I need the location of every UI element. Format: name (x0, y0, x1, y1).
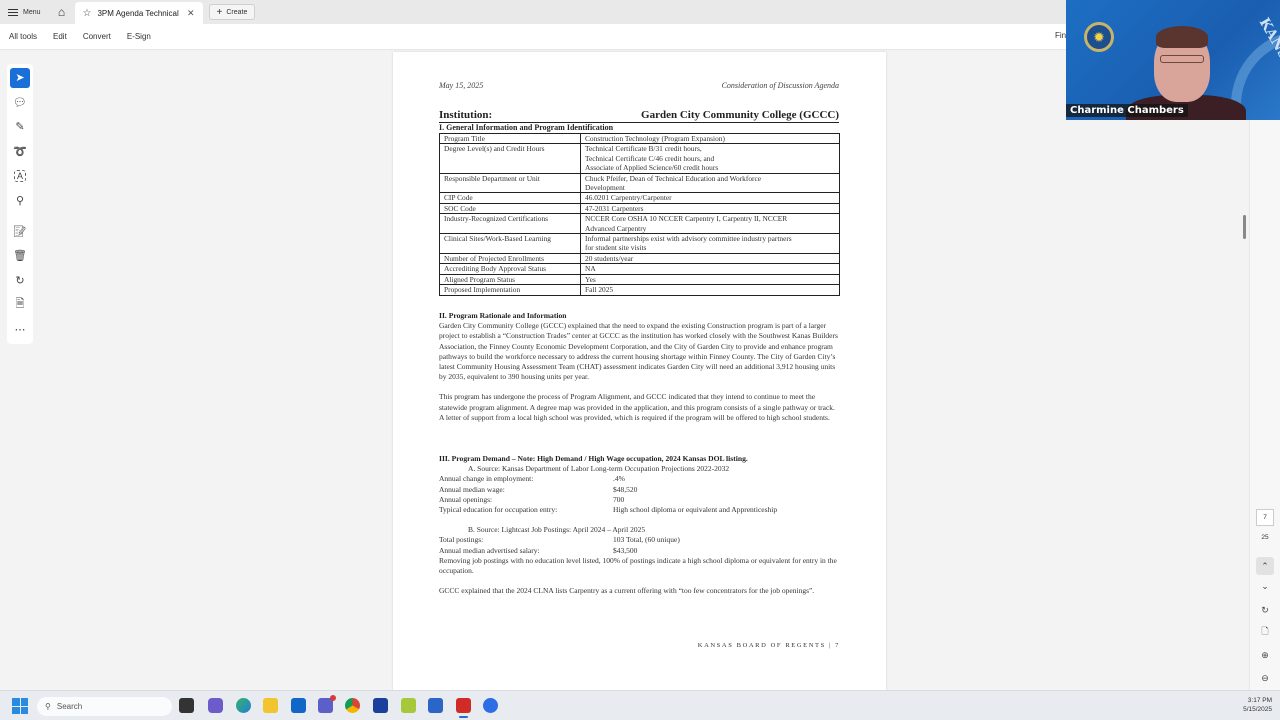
taskbar-search[interactable]: ⚲ Search (37, 697, 172, 716)
table-row: Number of Projected Enrollments20 studen… (440, 253, 840, 263)
page-thumbnail-button[interactable]: 🗋 (1256, 623, 1274, 641)
page-icon: 🗋 (1261, 624, 1268, 640)
row-value-line: 20 students/year (585, 254, 835, 263)
main-toolbar: All tools Edit Convert E-Sign (0, 24, 1066, 50)
refresh-button[interactable]: ↻ (1256, 601, 1274, 619)
data-row: Annual change in employment:.4% (439, 474, 841, 484)
page-footer: KANSAS BOARD OF REGENTS | 7 (698, 642, 840, 649)
data-row: Annual median advertised salary:$43,500 (439, 546, 841, 556)
table-row: Responsible Department or UnitChuck Pfei… (440, 173, 840, 193)
data-value: 103 Total, (60 unique) (613, 535, 680, 545)
section-3-title: III. Program Demand – Note: High Demand … (439, 454, 841, 464)
edge-icon[interactable] (236, 698, 251, 713)
data-value: 700 (613, 495, 624, 505)
source-a: A. Source: Kansas Department of Labor Lo… (439, 464, 841, 474)
section-2-title: II. Program Rationale and Information (439, 311, 841, 321)
row-value: Fall 2025 (581, 285, 840, 295)
data-value: $48,520 (613, 485, 637, 495)
toolbar-edit[interactable]: Edit (53, 32, 67, 41)
row-label: Accrediting Body Approval Status (440, 264, 581, 274)
row-value-line: Development (585, 183, 835, 192)
search-icon: ⚲ (45, 702, 51, 711)
section-2: II. Program Rationale and Information Ga… (439, 311, 841, 423)
create-button[interactable]: + Create (209, 4, 256, 20)
row-value-line: Fall 2025 (585, 285, 835, 294)
table-row: Aligned Program StatusYes (440, 274, 840, 284)
acrobat-icon[interactable] (456, 698, 471, 713)
participant-name: Charmine Chambers (1066, 104, 1188, 117)
row-value: Chuck Pfeifer, Dean of Technical Educati… (581, 173, 840, 193)
row-value-line: NA (585, 264, 835, 273)
section-3: III. Program Demand – Note: High Demand … (439, 454, 841, 596)
comment-icon[interactable]: 💬︎ (10, 93, 30, 113)
participant-hair (1156, 26, 1208, 48)
stamp-icon[interactable]: ⚲ (10, 191, 30, 211)
row-label: SOC Code (440, 203, 581, 213)
chevron-down-icon: ⌄ (1261, 581, 1269, 592)
row-value-line: Informal partnerships exist with advisor… (585, 234, 835, 243)
home-button[interactable]: ⌂ (49, 0, 75, 24)
search-placeholder: Search (57, 702, 82, 711)
lasso-icon[interactable]: ➰ (10, 142, 30, 162)
data-key: Annual median wage: (439, 485, 613, 495)
header-date: May 15, 2025 (439, 81, 483, 90)
total-pages: 25 (1256, 534, 1274, 541)
row-value: Technical Certificate B/31 credit hours,… (581, 144, 840, 173)
home-icon: ⌂ (58, 5, 65, 19)
table-row: Industry-Recognized CertificationsNCCER … (440, 214, 840, 234)
zoom-app-icon[interactable] (483, 698, 498, 713)
data-key: Annual change in employment: (439, 474, 613, 484)
closing-paragraph: GCCC explained that the 2024 CLNA lists … (439, 586, 841, 596)
toolbar-convert[interactable]: Convert (83, 32, 111, 41)
institution-name: Garden City Community College (GCCC) (641, 109, 839, 121)
section-2-paragraph-1: Garden City Community College (GCCC) exp… (439, 321, 841, 382)
video-feed: KANSAS ✹ Charmine Chambers (1066, 0, 1280, 120)
windows-start-icon[interactable] (12, 698, 28, 714)
teams-icon[interactable] (318, 698, 333, 713)
data-row: Typical education for occupation entry:H… (439, 505, 841, 515)
data-value: .4% (613, 474, 625, 484)
hamburger-icon (8, 9, 18, 16)
section-2-paragraph-2: This program has undergone the process o… (439, 392, 841, 423)
viewer-icon[interactable] (373, 698, 388, 713)
chrome-icon[interactable] (345, 698, 360, 713)
data-key: Annual median advertised salary: (439, 546, 613, 556)
document-tab[interactable]: ☆ 3PM Agenda Technical P... ✕ (75, 2, 203, 24)
menu-button[interactable]: Menu (0, 0, 49, 24)
outlook-icon[interactable] (291, 698, 306, 713)
notification-badge (330, 695, 336, 701)
row-value-line: Construction Technology (Program Expansi… (585, 134, 835, 143)
rotate-icon: ↻ (1261, 605, 1269, 616)
row-value-line: Associate of Applied Science/60 credit h… (585, 163, 835, 172)
row-value: 46.0201 Carpentry/Carpenter (581, 193, 840, 203)
chevron-up-icon: ⌃ (1261, 561, 1269, 572)
data-key: Typical education for occupation entry: (439, 505, 613, 515)
previous-page-button[interactable]: ⌃ (1256, 557, 1274, 575)
row-value-line: for student site visits (585, 243, 835, 252)
row-value: NA (581, 264, 840, 274)
toolbar-all-tools[interactable]: All tools (9, 32, 37, 41)
data-row: Annual median wage:$48,520 (439, 485, 841, 495)
zoom-out-button[interactable]: ⊖ (1256, 669, 1274, 687)
create-label: Create (226, 9, 247, 16)
row-label: Responsible Department or Unit (440, 173, 581, 193)
row-label: Clinical Sites/Work-Based Learning (440, 234, 581, 254)
data-row: Total postings:103 Total, (60 unique) (439, 535, 841, 545)
task-view-icon[interactable] (179, 698, 194, 713)
zoom-in-icon: ⊕ (1261, 650, 1269, 661)
table-row: Program TitleConstruction Technology (Pr… (440, 134, 840, 144)
row-label: Proposed Implementation (440, 285, 581, 295)
clock-date: 5/15/2025 (1243, 705, 1272, 714)
program-info-table: Program TitleConstruction Technology (Pr… (439, 133, 840, 296)
table-row: SOC Code47-2031 Carpenters (440, 203, 840, 213)
row-label: CIP Code (440, 193, 581, 203)
row-label: Number of Projected Enrollments (440, 253, 581, 263)
row-value: NCCER Core OSHA 10 NCCER Carpentry I, Ca… (581, 214, 840, 234)
zoom-in-button[interactable]: ⊕ (1256, 646, 1274, 664)
row-value-line: 46.0201 Carpentry/Carpenter (585, 193, 835, 202)
row-value: 20 students/year (581, 253, 840, 263)
spreadsheet-tool-icon[interactable] (401, 698, 416, 713)
windows-taskbar: ⚲ Search 3:17 PM 5/15/2025 (0, 690, 1280, 720)
row-value-line: Technical Certificate C/46 credit hours,… (585, 154, 835, 163)
institution-label: Institution: (439, 109, 492, 121)
more-icon[interactable]: ⋯ (10, 320, 30, 340)
institution-heading: Institution: Garden City Community Colle… (439, 109, 839, 123)
source-b-note: Removing job postings with no education … (439, 556, 841, 576)
table-row: Clinical Sites/Work-Based LearningInform… (440, 234, 840, 254)
row-value-line: Technical Certificate B/31 credit hours, (585, 144, 835, 153)
toolbar-e-sign[interactable]: E-Sign (127, 32, 151, 41)
row-value: Yes (581, 274, 840, 284)
row-value: 47-2031 Carpenters (581, 203, 840, 213)
select-tool-icon[interactable]: ➤ (10, 68, 30, 88)
participant-glasses (1160, 55, 1204, 63)
row-label: Industry-Recognized Certifications (440, 214, 581, 234)
section-1-title: I. General Information and Program Ident… (439, 123, 613, 132)
text-box-icon[interactable]: A (14, 170, 26, 182)
row-label: Degree Level(s) and Credit Hours (440, 144, 581, 173)
table-row: Accrediting Body Approval StatusNA (440, 264, 840, 274)
table-row: Proposed ImplementationFall 2025 (440, 285, 840, 295)
star-icon[interactable]: ☆ (83, 8, 92, 19)
system-clock[interactable]: 3:17 PM 5/15/2025 (1243, 696, 1272, 714)
row-value-line: NCCER Core OSHA 10 NCCER Carpentry I, Ca… (585, 214, 835, 223)
trash-icon[interactable]: 🗑︎ (10, 246, 30, 266)
current-page-input[interactable]: 7 (1256, 509, 1274, 526)
zoom-out-icon: ⊖ (1261, 673, 1269, 684)
pdf-page: May 15, 2025 Consideration of Discussion… (393, 52, 886, 692)
row-label: Program Title (440, 134, 581, 144)
row-value-line: Yes (585, 275, 835, 284)
close-icon[interactable]: ✕ (187, 8, 195, 19)
data-key: Annual openings: (439, 495, 613, 505)
edit-text-icon[interactable]: 📝︎ (10, 222, 30, 242)
data-value: High school diploma or equivalent and Ap… (613, 505, 777, 515)
word-icon[interactable] (428, 698, 443, 713)
board-seal-icon: ✹ (1084, 22, 1114, 52)
data-value: $43,500 (613, 546, 637, 556)
file-explorer-icon[interactable] (263, 698, 278, 713)
tab-title: 3PM Agenda Technical P... (97, 9, 180, 18)
teams-meet-icon[interactable] (208, 698, 223, 713)
row-value: Informal partnerships exist with advisor… (581, 234, 840, 254)
row-label: Aligned Program Status (440, 274, 581, 284)
data-row: Annual openings:700 (439, 495, 841, 505)
find-button[interactable]: Fin (1055, 31, 1066, 40)
next-page-button[interactable]: ⌄ (1256, 577, 1274, 595)
quick-tools-panel: ➤ 💬︎ ✎ ➰ A ⚲ 📝︎ 🗑︎ ↻ 🗎 ⋯ (7, 64, 33, 344)
source-b: B. Source: Lightcast Job Postings: April… (439, 525, 841, 535)
row-value-line: Advanced Carpentry (585, 224, 835, 233)
pen-icon[interactable]: ✎ (10, 117, 30, 137)
plus-icon: + (217, 7, 223, 18)
data-key: Total postings: (439, 535, 613, 545)
header-agenda: Consideration of Discussion Agenda (722, 81, 839, 90)
scrollbar-thumb[interactable] (1243, 215, 1246, 239)
rotate-icon[interactable]: ↻ (10, 271, 30, 291)
menu-label: Menu (23, 9, 41, 16)
row-value: Construction Technology (Program Expansi… (581, 134, 840, 144)
clock-time: 3:17 PM (1243, 696, 1272, 705)
table-row: Degree Level(s) and Credit HoursTechnica… (440, 144, 840, 173)
table-row: CIP Code46.0201 Carpentry/Carpenter (440, 193, 840, 203)
row-value-line: Chuck Pfeifer, Dean of Technical Educati… (585, 174, 835, 183)
save-icon[interactable]: 🗎 (10, 295, 30, 315)
row-value-line: 47-2031 Carpenters (585, 204, 835, 213)
